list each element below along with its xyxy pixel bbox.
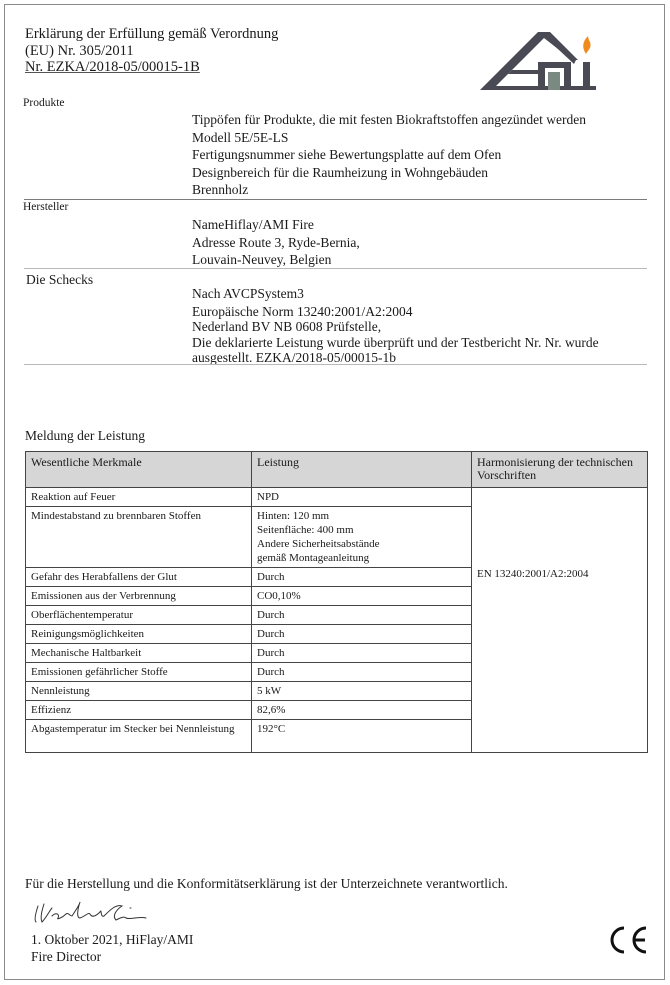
table-row: Reaktion auf FeuerNPDEN 13240:2001/A2:20…	[26, 488, 648, 507]
ce-mark-icon	[608, 924, 650, 956]
manufacturer-line: NameHiflay/AMI Fire	[192, 216, 360, 234]
performance-value-cell: Durch	[252, 606, 472, 625]
feature-cell: Reaktion auf Feuer	[26, 488, 252, 507]
performance-value-cell: 5 kW	[252, 682, 472, 701]
products-line: Brennholz	[192, 181, 586, 199]
checks-line: Europäische Norm 13240:2001/A2:2004	[192, 304, 599, 320]
feature-cell: Emissionen gefährlicher Stoffe	[26, 663, 252, 682]
feature-cell: Mindestabstand zu brennbaren Stoffen	[26, 507, 252, 568]
section-divider	[24, 199, 647, 200]
section-label-manufacturer: Hersteller	[23, 201, 68, 213]
signature-block: 1. Oktober 2021, HiFlay/AMI Fire Directo…	[31, 931, 193, 965]
signature-date: 1. Oktober 2021, HiFlay/AMI	[31, 931, 193, 948]
products-line: Designbereich für die Raumheizung in Woh…	[192, 164, 586, 182]
column-header: Wesentliche Merkmale	[26, 452, 252, 488]
products-line: Fertigungsnummer siehe Bewertungsplatte …	[192, 146, 586, 164]
performance-title: Meldung der Leistung	[25, 428, 145, 444]
performance-value-cell: 192°C	[252, 720, 472, 753]
document-number: Nr. EZKA/2018-05/00015-1B	[25, 59, 200, 75]
performance-value-cell: Durch	[252, 568, 472, 587]
performance-value-cell: Durch	[252, 663, 472, 682]
table-header-row: Wesentliche Merkmale Leistung Harmonisie…	[26, 452, 648, 488]
section-label-products: Produkte	[23, 97, 65, 109]
feature-cell: Abgastemperatur im Stecker bei Nennleist…	[26, 720, 252, 753]
document-title: Erklärung der Erfüllung gemäß Verordnung…	[25, 26, 278, 76]
handwritten-signature-icon	[30, 898, 160, 928]
title-line-1: Erklärung der Erfüllung gemäß Verordnung	[25, 26, 278, 43]
section-divider	[24, 364, 647, 365]
section-manufacturer-body: NameHiflay/AMI Fire Adresse Route 3, Ryd…	[192, 216, 360, 269]
checks-line: Die deklarierte Leistung wurde überprüft…	[192, 335, 599, 351]
section-checks-body: Nach AVCPSystem3 Europäische Norm 13240:…	[192, 286, 599, 366]
responsibility-statement: Für die Herstellung und die Konformitäts…	[25, 876, 508, 892]
column-header: Leistung	[252, 452, 472, 488]
section-label-checks: Die Schecks	[26, 272, 93, 288]
checks-line: Nederland BV NB 0608 Prüfstelle,	[192, 319, 599, 335]
manufacturer-line: Adresse Route 3, Ryde-Bernia,	[192, 234, 360, 252]
feature-cell: Reinigungsmöglichkeiten	[26, 625, 252, 644]
products-line: Modell 5E/5E-LS	[192, 129, 586, 147]
ami-fire-logo-icon	[478, 28, 610, 92]
products-line: Tippöfen für Produkte, die mit festen Bi…	[192, 111, 586, 129]
section-products-body: Tippöfen für Produkte, die mit festen Bi…	[192, 111, 586, 199]
feature-cell: Gefahr des Herabfallens der Glut	[26, 568, 252, 587]
performance-value-cell: Hinten: 120 mmSeitenfläche: 400 mmAndere…	[252, 507, 472, 568]
performance-table: Wesentliche Merkmale Leistung Harmonisie…	[25, 451, 648, 753]
feature-cell: Oberflächentemperatur	[26, 606, 252, 625]
signatory-role: Fire Director	[31, 948, 193, 965]
feature-cell: Mechanische Haltbarkeit	[26, 644, 252, 663]
performance-value-cell: CO0,10%	[252, 587, 472, 606]
performance-value-cell: Durch	[252, 625, 472, 644]
feature-cell: Nennleistung	[26, 682, 252, 701]
checks-line: Nach AVCPSystem3	[192, 286, 599, 302]
feature-cell: Emissionen aus der Verbrennung	[26, 587, 252, 606]
column-header: Harmonisierung der technischen Vorschrif…	[472, 452, 648, 488]
performance-value-cell: Durch	[252, 644, 472, 663]
manufacturer-line: Louvain-Neuvey, Belgien	[192, 251, 360, 269]
performance-value-cell: NPD	[252, 488, 472, 507]
harmonization-cell: EN 13240:2001/A2:2004	[472, 488, 648, 753]
section-divider	[24, 268, 647, 269]
title-line-2: (EU) Nr. 305/2011	[25, 43, 278, 60]
performance-value-cell: 82,6%	[252, 701, 472, 720]
feature-cell: Effizienz	[26, 701, 252, 720]
